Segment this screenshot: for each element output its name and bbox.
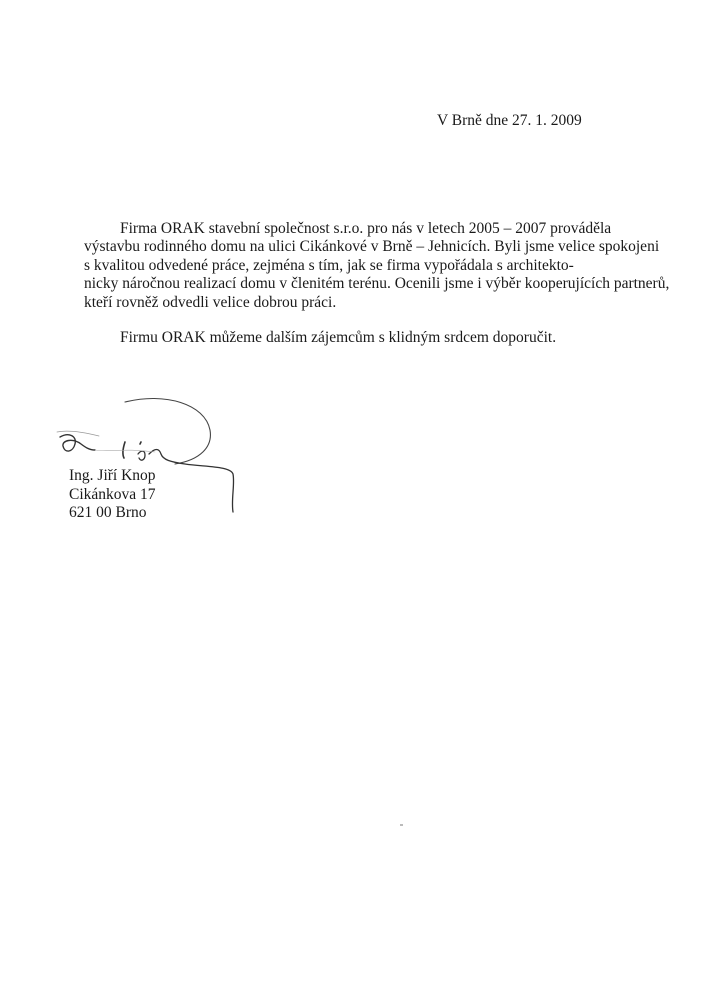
place-and-date: V Brně dne 27. 1. 2009	[437, 112, 582, 130]
paragraph-line: nicky náročnou realizací domu v členitém…	[84, 275, 684, 293]
scan-speck	[400, 824, 403, 826]
paragraph-line: s kvalitou odvedené práce, zejména s tím…	[84, 257, 684, 275]
signatory-city: 621 00 Brno	[69, 504, 156, 523]
paragraph-line: Firma ORAK stavební společnost s.r.o. pr…	[84, 220, 684, 238]
paragraph-reference: Firma ORAK stavební společnost s.r.o. pr…	[84, 220, 684, 312]
signatory-name: Ing. Jiří Knop	[69, 467, 156, 486]
paragraph-recommendation: Firmu ORAK můžeme dalším zájemcům s klid…	[120, 329, 556, 347]
paragraph-line: kteří rovněž odvedli velice dobrou práci…	[84, 294, 684, 312]
signatory-street: Cikánkova 17	[69, 486, 156, 505]
signatory-block: Ing. Jiří Knop Cikánkova 17 621 00 Brno	[69, 467, 156, 523]
letter-page: V Brně dne 27. 1. 2009 Firma ORAK staveb…	[0, 0, 722, 1000]
paragraph-line: výstavbu rodinného domu na ulici Cikánko…	[84, 238, 684, 256]
